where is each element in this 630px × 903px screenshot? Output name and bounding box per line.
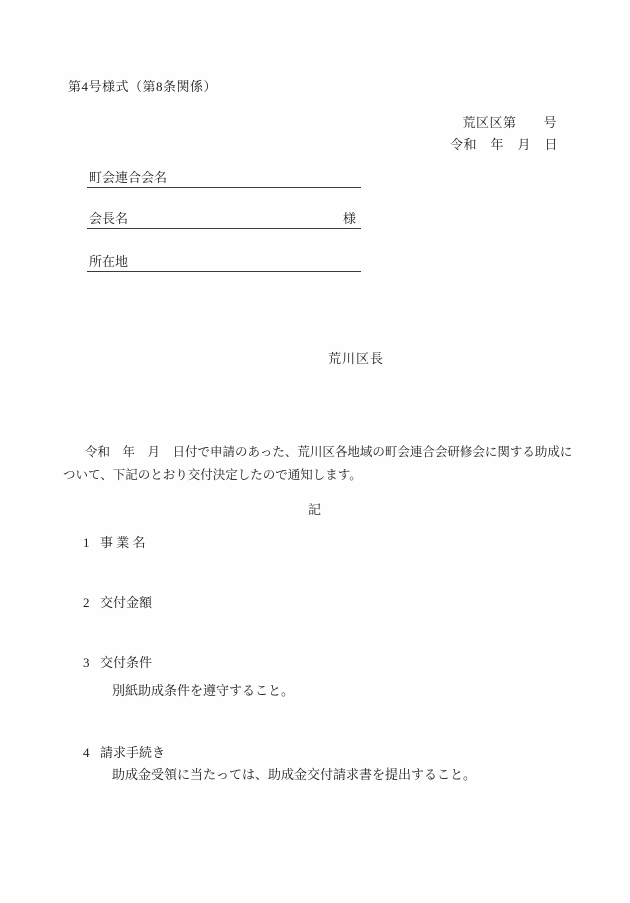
document-reference-number: 荒区区第 号 [462,112,557,131]
item-1-title: 事 業 名 [100,535,146,550]
body-paragraph: 令和 年 月 日付で申請のあった、荒川区各地域の町会連合会研修会に関する助成につ… [63,441,575,487]
item-3-detail: 別紙助成条件を遵守すること。 [112,680,294,699]
item-2-number: 2 [83,595,100,611]
item-2-title: 交付金額 [100,595,152,610]
item-1-number: 1 [83,535,100,551]
record-heading: 記 [0,499,630,518]
item-4-title: 請求手続き [100,745,165,760]
item-2: 2交付金額 [83,592,152,611]
item-1: 1事 業 名 [83,532,146,551]
federation-name-label: 町会連合会名 [87,167,167,186]
address-label: 所在地 [87,251,128,270]
form-number: 第4号様式（第8条関係） [68,76,217,95]
item-3: 3交付条件 [83,652,152,671]
item-4: 4請求手続き [83,742,165,761]
item-4-number: 4 [83,745,100,761]
item-3-title: 交付条件 [100,655,152,670]
field-address: 所在地 [87,254,361,272]
item-3-number: 3 [83,655,100,671]
sender-title: 荒川区長 [328,348,384,367]
honorific-sama: 様 [343,208,361,227]
item-4-detail: 助成金受領に当たっては、助成金交付請求書を提出すること。 [112,764,476,783]
document-page: 第4号様式（第8条関係） 荒区区第 号 令和 年 月 日 町会連合会名 会長名 … [0,0,630,903]
field-federation-name: 町会連合会名 [87,170,361,188]
chairman-name-label: 会長名 [87,208,128,227]
date-line: 令和 年 月 日 [450,134,558,153]
field-chairman-name: 会長名 様 [87,211,361,229]
